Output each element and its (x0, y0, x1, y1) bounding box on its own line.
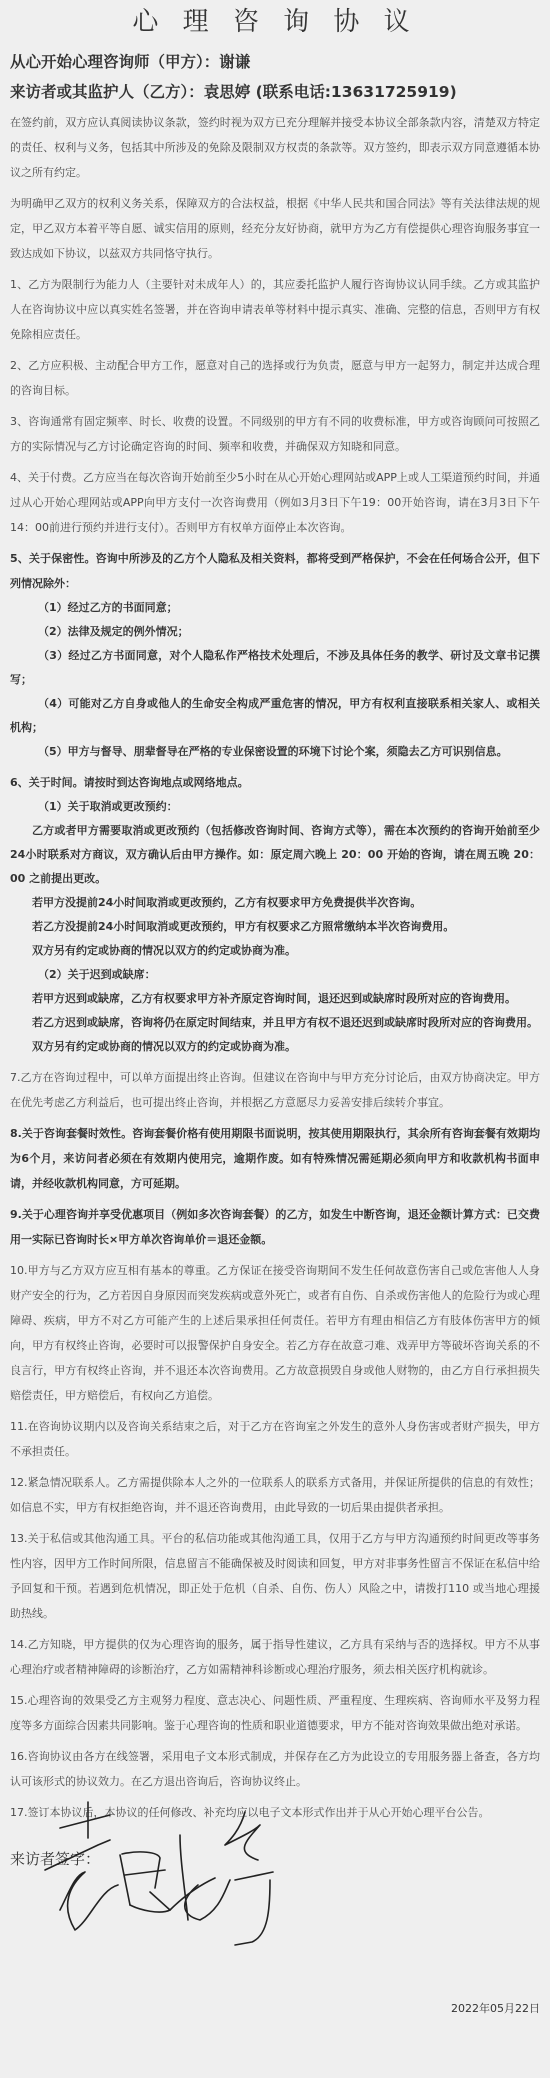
clause-5: 5、关于保密性。咨询中所涉及的乙方个人隐私及相关资料，都将受到严格保护，不会在任… (10, 546, 540, 596)
clause-6-sub2-title: （2）关于迟到或缺席： (10, 963, 540, 987)
clause-14: 14.乙方知晓，甲方提供的仅为心理咨询的服务，属于指导性建议，乙方具有采纳与否的… (10, 1632, 540, 1682)
clause-8: 8.关于咨询套餐时效性。咨询套餐价格有使用期限书面说明，按其使用期限执行，其余所… (10, 1121, 540, 1196)
clause-7: 7.乙方在咨询过程中，可以单方面提出终止咨询。但建议在咨询中与甲方充分讨论后，由… (10, 1065, 540, 1115)
party-a-line: 从心开始心理咨询师（甲方）：谢谦 (10, 47, 540, 77)
clause-10: 10.甲方与乙方双方应互相有基本的尊重。乙方保证在接受咨询期间不发生任何故意伤害… (10, 1258, 540, 1408)
clause-4: 4、关于付费。乙方应当在每次咨询开始前至少5小时在从心开始心理网站或APP上或人… (10, 465, 540, 540)
handwritten-signature (30, 1780, 290, 1950)
clause-6-sub2-line: 若乙方迟到或缺席，咨询将仍在原定时间结束，并且甲方有权不退还迟到或缺席时段所对应… (10, 1011, 540, 1035)
clause-6-sub2-line: 双方另有约定或协商的情况以双方的约定或协商为准。 (10, 1035, 540, 1059)
clause-6-sub1-title: （1）关于取消或更改预约： (10, 795, 540, 819)
clause-6-sub2-line: 若甲方迟到或缺席，乙方有权要求甲方补齐原定咨询时间，退还迟到或缺席时段所对应的咨… (10, 987, 540, 1011)
clause-9: 9.关于心理咨询并享受优惠项目（例如多次咨询套餐）的乙方，如发生中断咨询，退还金… (10, 1202, 540, 1252)
page-title: 心 理 咨 询 协 议 (10, 0, 540, 42)
clause-5-item-3: （3）经过乙方书面同意，对个人隐私作严格技术处理后，不涉及具体任务的教学、研讨及… (10, 644, 540, 692)
clause-6-sub1-line: 双方另有约定或协商的情况以双方的约定或协商为准。 (10, 939, 540, 963)
clause-3: 3、咨询通常有固定频率、时长、收费的设置。不同级别的甲方有不同的收费标准，甲方或… (10, 409, 540, 459)
clause-11: 11.在咨询协议期内以及咨询关系结束之后，对于乙方在咨询室之外发生的意外人身伤害… (10, 1414, 540, 1464)
signing-date: 2022年05月22日 (451, 2000, 540, 2016)
clause-15: 15.心理咨询的效果受乙方主观努力程度、意志决心、问题性质、严重程度、生理疾病、… (10, 1688, 540, 1738)
clause-6-sub1-line: 若乙方没提前24小时间取消或更改预约，甲方有权要求乙方照常缴纳本半次咨询费用。 (10, 915, 540, 939)
clause-6-sub1-line: 乙方或者甲方需要取消或更改预约（包括修改咨询时间、咨询方式等），需在本次预约的咨… (10, 819, 540, 891)
clause-2: 2、乙方应积极、主动配合甲方工作，愿意对自己的选择或行为负责，愿意与甲方一起努力… (10, 353, 540, 403)
intro: 为明确甲乙双方的权利义务关系，保障双方的合法权益，根据《中华人民共和国合同法》等… (10, 191, 540, 266)
clause-12: 12.紧急情况联系人。乙方需提供除本人之外的一位联系人的联系方式备用，并保证所提… (10, 1470, 540, 1520)
clause-13: 13.关于私信或其他沟通工具。平台的私信功能或其他沟通工具，仅用于乙方与甲方沟通… (10, 1526, 540, 1626)
clause-6-sub1-line: 若甲方没提前24小时间取消或更改预约，乙方有权要求甲方免费提供半次咨询。 (10, 891, 540, 915)
clause-6: 6、关于时间。请按时到达咨询地点或网络地点。 (10, 770, 540, 795)
clause-5-item-1: （1）经过乙方的书面同意； (10, 596, 540, 620)
clause-1: 1、乙方为限制行为能力人（主要针对未成年人）的，其应委托监护人履行咨询协议认同手… (10, 272, 540, 347)
agreement-page: 心 理 咨 询 协 议 从心开始心理咨询师（甲方）：谢谦 来访者或其监护人（乙方… (0, 0, 550, 1871)
party-b-line: 来访者或其监护人（乙方）：袁思婷 (联系电话:13631725919) (10, 77, 540, 107)
clause-5-item-4: （4）可能对乙方自身或他人的生命安全构成严重危害的情况，甲方有权利直接联系相关家… (10, 692, 540, 740)
preamble: 在签约前，双方应认真阅读协议条款，签约时视为双方已充分理解并接受本协议全部条款内… (10, 110, 540, 185)
clause-5-item-2: （2）法律及规定的例外情况； (10, 620, 540, 644)
clause-5-item-5: （5）甲方与督导、朋辈督导在严格的专业保密设置的环境下讨论个案，须隐去乙方可识别… (10, 740, 540, 764)
